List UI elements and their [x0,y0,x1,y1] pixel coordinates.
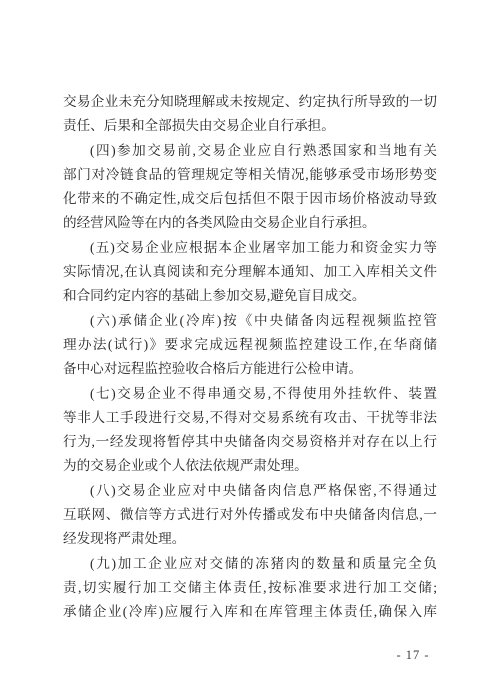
text-line: 互联网、微信等方式进行对外传播或发布中央储备肉信息,一 [63,503,437,527]
text-line: 的经营风险等在内的各类风险由交易企业自行承担。 [63,211,437,235]
paragraph-item-5: (五)交易企业应根据本企业屠宰加工能力和资金实力等 实际情况,在认真阅读和充分理… [63,236,437,309]
text-line: 实际情况,在认真阅读和充分理解本通知、加工入库相关文件 [63,260,437,284]
paragraph-item-8: (八)交易企业应对中央储备肉信息严格保密,不得通过 互联网、微信等方式进行对外传… [63,479,437,552]
text-line: 行为,一经发现将暂停其中央储备肉交易资格并对存在以上行 [63,430,437,454]
text-line: 责任、后果和全部损失由交易企业自行承担。 [63,114,437,138]
text-line: 化带来的不确定性,成交后包括但不限于因市场价格波动导致 [63,187,437,211]
paragraph-item-7: (七)交易企业不得串通交易,不得使用外挂软件、装置 等非人工手段进行交易,不得对… [63,382,437,479]
text-line: 备中心对远程监控验收合格后方能进行公检申请。 [63,357,437,381]
text-line: 部门对冷链食品的管理规定等相关情况,能够承受市场形势变 [63,163,437,187]
text-line: 承储企业(冷库)应履行入库和在库管理主体责任,确保入库 [63,600,437,624]
paragraph-item-9: (九)加工企业应对交储的冻猪肉的数量和质量完全负 责,切实履行加工交储主体责任,… [63,552,437,625]
text-line: (七)交易企业不得串通交易,不得使用外挂软件、装置 [63,382,437,406]
text-line: (六)承储企业(冷库)按《中央储备肉远程视频监控管 [63,309,437,333]
text-line: 经发现将严肃处理。 [63,527,437,551]
text-line: 等非人工手段进行交易,不得对交易系统有攻击、干扰等非法 [63,406,437,430]
document-body: 交易企业未充分知晓理解或未按规定、约定执行所导致的一切 责任、后果和全部损失由交… [63,90,437,625]
text-line: 为的交易企业或个人依法依规严肃处理。 [63,454,437,478]
paragraph-continuation: 交易企业未充分知晓理解或未按规定、约定执行所导致的一切 责任、后果和全部损失由交… [63,90,437,139]
text-line: 和合同约定内容的基础上参加交易,避免盲目成交。 [63,284,437,308]
document-page: 交易企业未充分知晓理解或未按规定、约定执行所导致的一切 责任、后果和全部损失由交… [0,0,494,700]
text-line: (九)加工企业应对交储的冻猪肉的数量和质量完全负 [63,552,437,576]
text-line: 责,切实履行加工交储主体责任,按标准要求进行加工交储; [63,576,437,600]
page-number: - 17 - [391,647,435,663]
paragraph-item-4: (四)参加交易前,交易企业应自行熟悉国家和当地有关 部门对冷链食品的管理规定等相… [63,139,437,236]
text-line: 交易企业未充分知晓理解或未按规定、约定执行所导致的一切 [63,90,437,114]
paragraph-item-6: (六)承储企业(冷库)按《中央储备肉远程视频监控管 理办法(试行)》要求完成远程… [63,309,437,382]
text-line: (八)交易企业应对中央储备肉信息严格保密,不得通过 [63,479,437,503]
text-line: (四)参加交易前,交易企业应自行熟悉国家和当地有关 [63,139,437,163]
text-line: (五)交易企业应根据本企业屠宰加工能力和资金实力等 [63,236,437,260]
text-line: 理办法(试行)》要求完成远程视频监控建设工作,在华商储 [63,333,437,357]
